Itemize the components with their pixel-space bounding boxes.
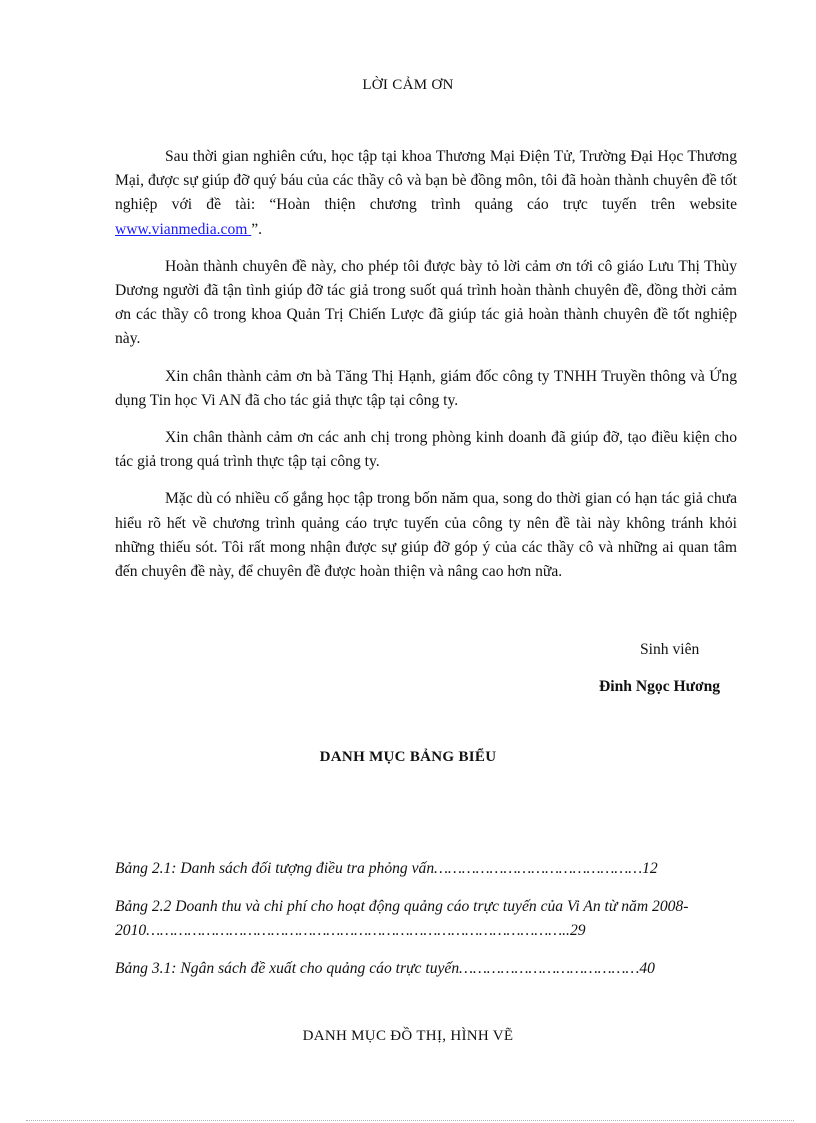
table-list-title: DANH MỤC BẢNG BIỂU: [0, 749, 816, 766]
paragraph-2: Hoàn thành chuyên đề này, cho phép tôi đ…: [115, 255, 737, 352]
table-list-entry: Bảng 2.1: Danh sách đối tượng điều tra p…: [115, 857, 740, 881]
website-link[interactable]: www.vianmedia.com: [115, 221, 251, 238]
paragraph-4: Xin chân thành cảm ơn các anh chị trong …: [115, 426, 737, 474]
signature-name: Đinh Ngọc Hương: [599, 678, 720, 696]
acknowledgement-body: Sau thời gian nghiên cứu, học tập tại kh…: [115, 145, 737, 597]
table-list: Bảng 2.1: Danh sách đối tượng điều tra p…: [115, 857, 740, 995]
figure-list-title: DANH MỤC ĐỒ THỊ, HÌNH VẼ: [0, 1028, 816, 1045]
page-break-divider: [26, 1120, 794, 1121]
paragraph-3: Xin chân thành cảm ơn bà Tăng Thị Hạnh, …: [115, 365, 737, 413]
acknowledgement-title: LỜI CẢM ƠN: [0, 77, 816, 94]
paragraph-5: Mặc dù có nhiều cố gắng học tập trong bố…: [115, 487, 737, 584]
paragraph-1: Sau thời gian nghiên cứu, học tập tại kh…: [115, 145, 737, 242]
signature-role: Sinh viên: [640, 641, 699, 659]
document-page: LỜI CẢM ƠN Sau thời gian nghiên cứu, học…: [0, 0, 816, 1123]
table-list-entry: Bảng 3.1: Ngân sách đề xuất cho quảng cá…: [115, 957, 740, 981]
table-list-entry: Bảng 2.2 Doanh thu và chi phí cho hoạt đ…: [115, 895, 740, 943]
